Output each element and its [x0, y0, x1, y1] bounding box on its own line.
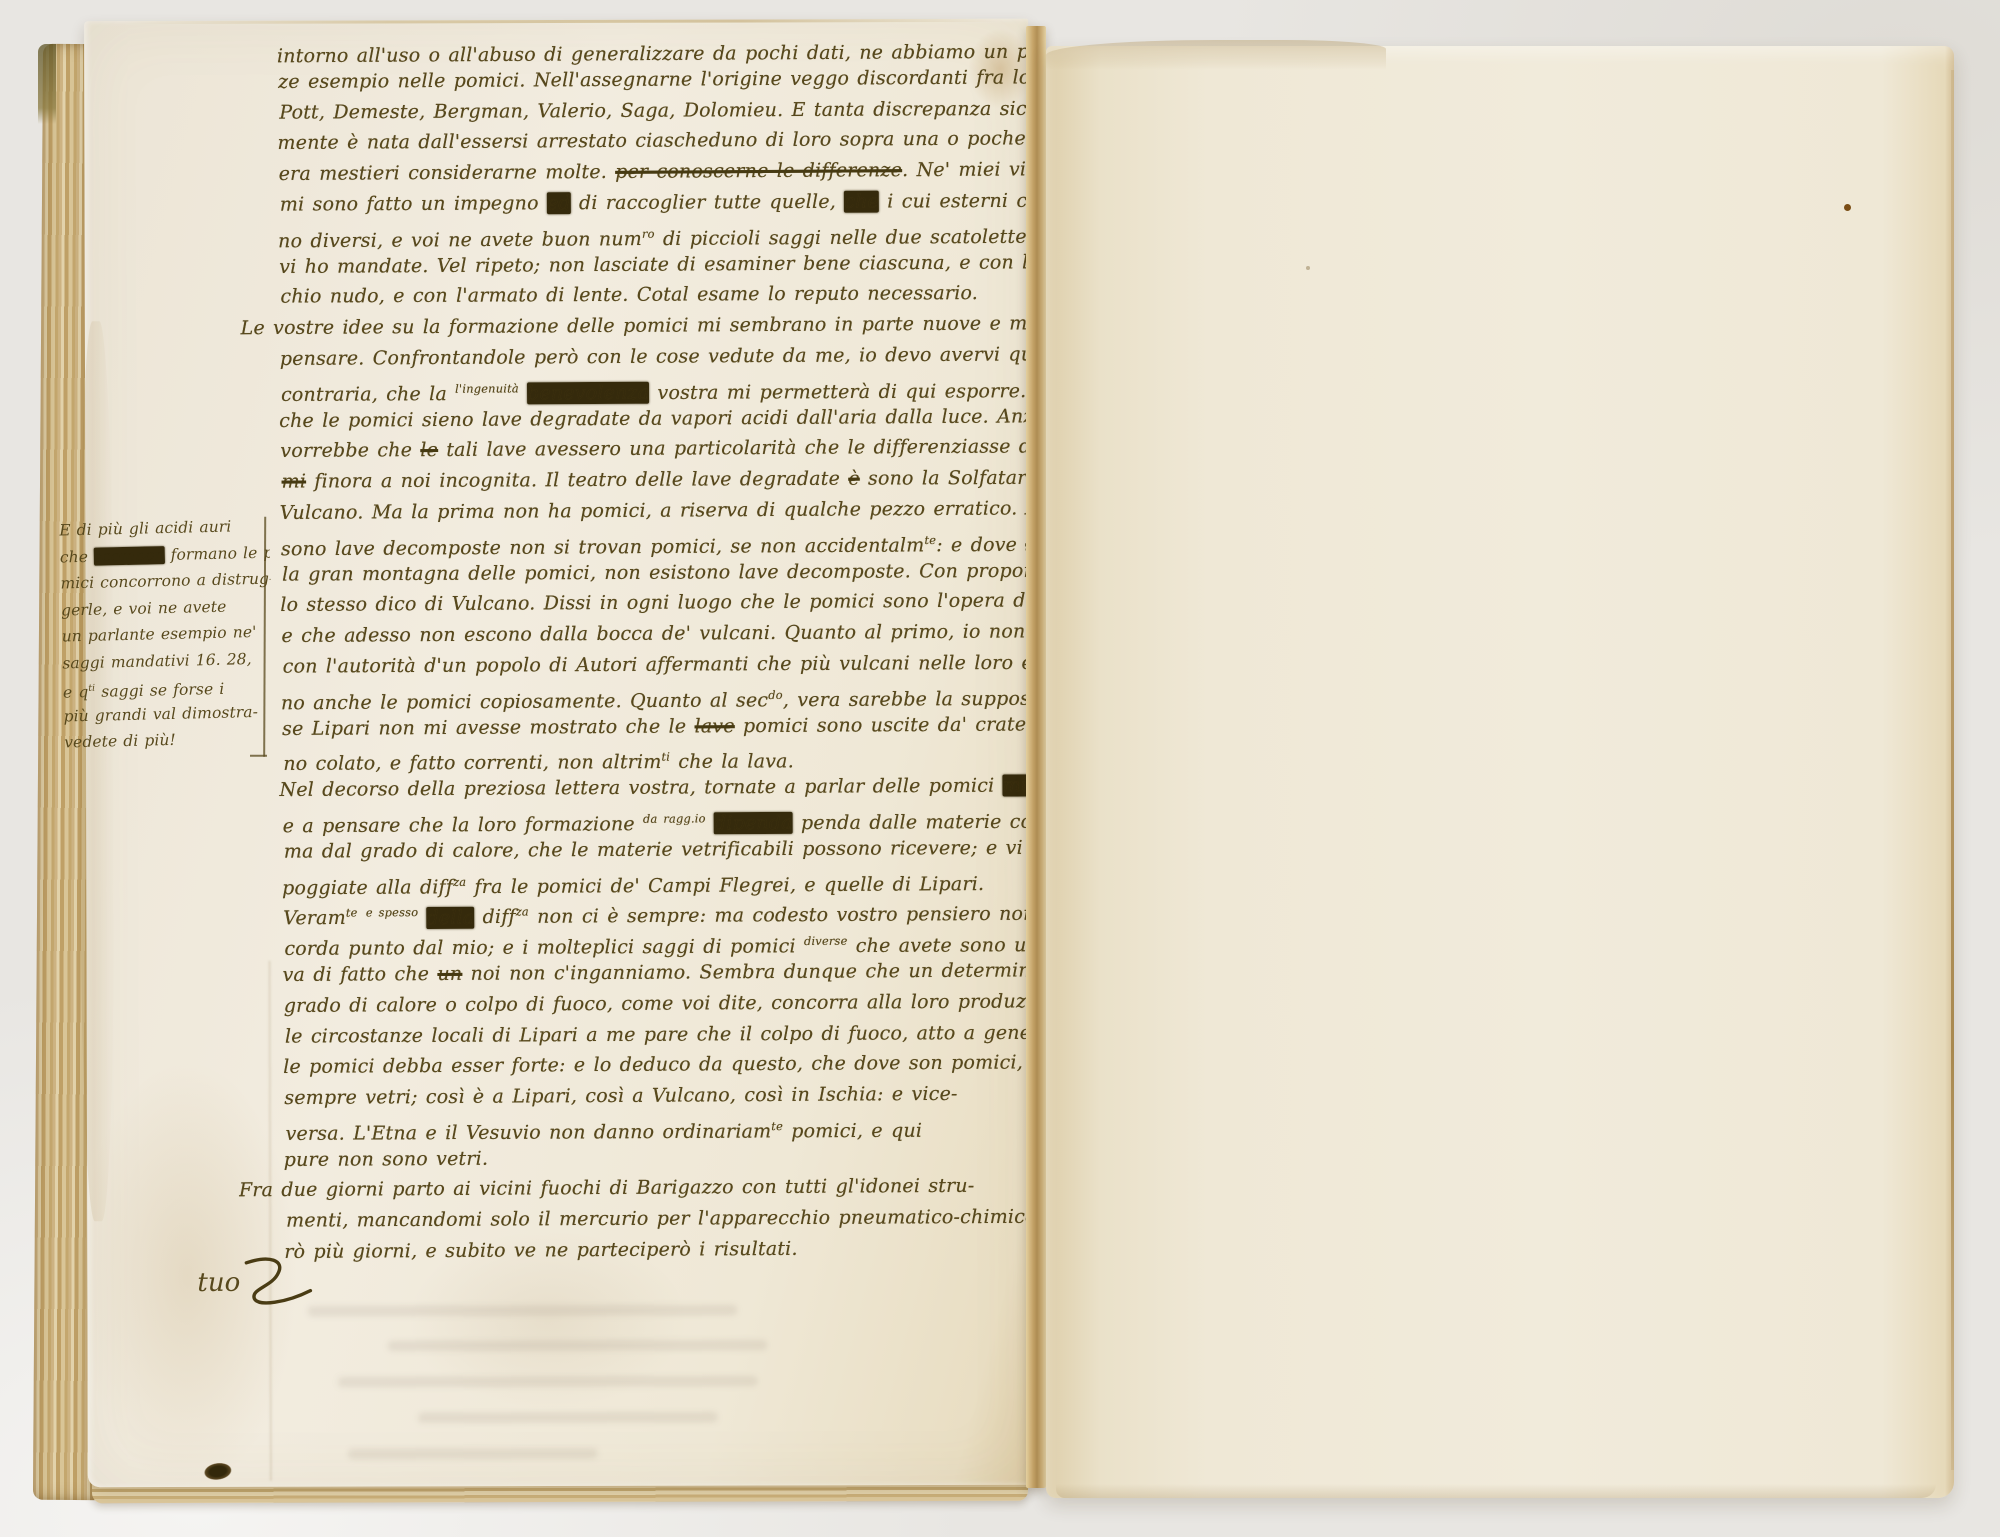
manuscript-line: contraria, che la l'ingenuità benevolenz… — [235, 371, 1031, 406]
handwritten-text: poggiate alla diff — [282, 876, 453, 899]
handwritten-text: pomici sono uscite da' crateri, ed han- — [735, 712, 1036, 736]
handwritten-text: , vera sarebbe la supposizione vostra — [783, 687, 1036, 711]
superscript-text: e spesso — [366, 905, 418, 919]
manuscript-line: Pott, Demeste, Bergman, Valerio, Saga, D… — [233, 93, 1029, 128]
handwritten-text: le pomici debba esser forte: e lo deduco… — [283, 1051, 1036, 1078]
manuscript-line: Fra due giorni parto ai vicini fuochi di… — [239, 1171, 1035, 1207]
show-through-text — [388, 1339, 768, 1351]
manuscript-line: intorno all'uso o all'abuso di generaliz… — [232, 31, 1027, 67]
signature-flourish: tuo — [197, 1253, 314, 1309]
manuscript-line: vorrebbe che le tali lave avessero una p… — [234, 432, 1030, 468]
ink-speck — [1844, 204, 1851, 211]
handwritten-text: grado di calore o colpo di fuoco, come v… — [284, 990, 1036, 1017]
manuscript-line: menti, mancandomi solo il mercurio per l… — [240, 1202, 1036, 1237]
margin-note-rule-tick — [250, 755, 267, 757]
manuscript-line: le pomici debba esser forte: e lo deduco… — [237, 1048, 1033, 1084]
manuscript-line: mente è nata dall'essersi arrestato cias… — [232, 124, 1028, 160]
show-through-text — [418, 1412, 718, 1424]
manuscript-line: lo stesso dico di Vulcano. Dissi in ogni… — [234, 586, 1030, 622]
handwritten-text: menti, mancandomi solo il mercurio per l… — [286, 1206, 1036, 1232]
margin-note-line: mici concorrono a distrug- — [60, 566, 271, 597]
handwritten-text: Pott, Demeste, Bergman, Valerio, Saga, D… — [279, 97, 1036, 123]
handwritten-text: pensare. Confrontandole però con le cose… — [280, 342, 1036, 370]
photo-backdrop: { "colors": { "ink": "#57481c", "ink_blo… — [0, 0, 2000, 1537]
manuscript-line: poggiate alla diffza fra le pomici de' C… — [236, 863, 1032, 899]
handwritten-text: vorrebbe che — [280, 439, 420, 462]
manuscript-line: Vulcano. Ma la prima non ha pomici, a ri… — [234, 493, 1030, 529]
handwritten-text: sono la Solfatara, Lipari, e — [860, 466, 1036, 489]
superscript-text: diverse — [804, 934, 848, 948]
manuscript-line: corda punto dal mio; e i molteplici sagg… — [238, 925, 1034, 960]
flourish-text: tuo — [197, 1268, 240, 1298]
blotted-text: scompon — [94, 546, 165, 566]
handwritten-text: saggi mandativi 16. 28, — [62, 650, 252, 672]
handwritten-text: vedete di più! — [64, 731, 176, 752]
handwritten-text: vostra mi permetterà di qui esporre. Da … — [649, 379, 1036, 404]
handwritten-text: le circostanze locali di Lipari a me par… — [285, 1021, 1036, 1047]
superscript-text: za — [453, 874, 466, 888]
handwritten-text: chio nudo, e con l'armato di lente. Cota… — [280, 282, 978, 308]
blotted-text: ed — [547, 192, 571, 214]
manuscript-line: che le pomici sieno lave degradate da va… — [233, 401, 1029, 437]
page-stack-dark-corner — [38, 44, 56, 124]
superscript-text: da ragg.io — [643, 811, 706, 825]
superscript-text: ro — [642, 226, 655, 240]
manuscript-line: rò più giorni, e subito ve ne parteciper… — [238, 1232, 1034, 1268]
manuscript-line: e a pensare che la loro formazione da ra… — [237, 801, 1033, 837]
superscript-text: za — [516, 905, 529, 919]
superscript-text: te — [924, 533, 936, 547]
manuscript-line: no anche le pomici copiosamente. Quanto … — [235, 678, 1031, 714]
handwritten-text: Veram — [283, 907, 346, 929]
handwritten-text: era mestieri considerarne molte. — [279, 161, 616, 185]
show-through-text — [338, 1375, 758, 1387]
struck-text: è — [848, 468, 860, 490]
handwritten-text: lo stesso dico di Vulcano. Dissi in ogni… — [280, 589, 1036, 616]
page-top-curl — [1046, 40, 1386, 70]
manuscript-line: ma dal grado di calore, che le materie v… — [238, 832, 1034, 867]
manuscript-line: vi ho mandate. Vel ripeto; non lasciate … — [233, 247, 1029, 283]
handwritten-text: tali lave avessero una particolarità che… — [438, 435, 1036, 461]
handwritten-text: noi non c'inganniamo. Sembra dunque che … — [462, 959, 1036, 985]
page-bottom-edge-shadow — [1056, 1484, 1936, 1498]
manuscript-line: grado di calore o colpo di fuoco, come v… — [238, 986, 1034, 1022]
manuscript-line: sempre vetri; così è a Lipari, così a Vu… — [238, 1078, 1034, 1114]
handwritten-text: i cui esterni caratteri so- — [879, 189, 1036, 212]
handwritten-text: Nel decorso della preziosa lettera vostr… — [279, 775, 1002, 801]
handwritten-text: gerle, e voi ne avete — [61, 597, 227, 619]
handwritten-text: contraria, che la — [281, 383, 455, 406]
superscript-text: ti — [661, 750, 670, 764]
handwritten-text: Vulcano. Ma la prima non ha pomici, a ri… — [280, 497, 1036, 524]
handwritten-text: se Lipari non mi avesse mostrato che le — [282, 715, 695, 740]
manuscript-line: pensare. Confrontandole però con le cose… — [234, 339, 1030, 375]
handwritten-text: va di fatto che — [283, 963, 438, 986]
manuscript-line: versa. L'Etna e il Vesuvio non danno ord… — [239, 1110, 1035, 1145]
handwritten-text: E di più gli acidi auri — [59, 517, 232, 539]
manuscript-line: ze esempio nelle pomici. Nell'assegnarne… — [232, 62, 1028, 98]
handwritten-text: un parlante esempio ne' — [61, 623, 256, 646]
handwritten-text: Le vostre idee su la formazione delle po… — [241, 312, 1036, 340]
handwritten-text: e a pensare che la loro formazione — [283, 813, 644, 837]
handwritten-text: mente è nata dall'essersi arrestato cias… — [277, 127, 1035, 155]
struck-text: mi — [282, 471, 307, 493]
handwritten-text: rò più giorni, e subito ve ne parteciper… — [284, 1238, 798, 1263]
handwritten-text: la gran montagna delle pomici, non esist… — [282, 559, 1036, 585]
handwritten-text: più grandi val dimostra- — [63, 702, 258, 725]
flourish-mark — [240, 1253, 314, 1309]
manuscript-line: no colato, e fatto correnti, non altrimt… — [237, 740, 1033, 775]
handwritten-text: formano le po- — [164, 543, 274, 564]
blotted-text: dipenda — [714, 812, 793, 834]
manuscript-line: pure non sono vetri. — [238, 1140, 1034, 1176]
handwritten-text: che le pomici sieno lave degradate da va… — [279, 404, 1036, 432]
handwritten-text: ma dal grado di calore, che le materie v… — [284, 836, 1036, 862]
handwritten-text: e q — [63, 683, 89, 702]
right-page — [1046, 46, 1954, 1498]
handwritten-text: e che adesso non escono dalla bocca de' … — [281, 620, 1035, 647]
blotted-text: della — [426, 906, 474, 928]
margin-note: E di più gli acidi auriche scompon forma… — [59, 513, 275, 756]
manuscript-line: e che adesso non escono dalla bocca de' … — [235, 617, 1031, 653]
handwritten-text: che — [60, 547, 95, 566]
superscript-text: do — [768, 688, 783, 702]
letter-text-block: intorno all'uso o all'abuso di generaliz… — [232, 31, 1036, 1336]
paper-fleck — [1306, 266, 1310, 270]
struck-text: per conoscerne le differenze — [615, 159, 902, 183]
handwritten-text: vi ho mandate. Vel ripeto; non lasciate … — [279, 251, 1036, 278]
manuscript-line: la gran montagna delle pomici, non esist… — [236, 555, 1032, 590]
handwritten-text: fra le pomici de' Campi Flegrei, e quell… — [466, 873, 984, 898]
manuscript-line: sono lave decomposte non si trovan pomic… — [235, 524, 1031, 560]
handwritten-text: che la lava. — [670, 751, 794, 774]
handwritten-text: Fra due giorni parto ai vicini fuochi di… — [239, 1175, 975, 1201]
manuscript-line: le circostanze locali di Lipari a me par… — [239, 1017, 1035, 1052]
handwritten-text: finora a noi incognita. Il teatro delle … — [306, 468, 848, 493]
manuscript-line: con l'autorità d'un popolo di Autori aff… — [237, 648, 1033, 683]
handwritten-text: diff — [474, 906, 515, 928]
struck-text: un — [437, 963, 462, 985]
book-gutter — [1026, 26, 1046, 1488]
handwritten-text: mici concorrono a distrug- — [60, 569, 274, 592]
superscript-text: te — [771, 1119, 783, 1133]
ink-blot — [203, 1461, 233, 1482]
manuscript-line: se Lipari non mi avesse mostrato che le … — [236, 709, 1032, 745]
left-page: intorno all'uso o all'abuso di generaliz… — [84, 19, 1032, 1487]
manuscript-line: mi sono fatto un impegno ed di raccoglie… — [234, 186, 1030, 221]
manuscript-line: va di fatto che un noi non c'inganniamo.… — [236, 955, 1032, 991]
handwritten-text: con l'autorità d'un popolo di Autori aff… — [283, 651, 1036, 677]
handwritten-text: pure non sono vetri. — [284, 1147, 489, 1170]
handwritten-text: no colato, e fatto correnti, non altrim — [283, 751, 661, 775]
manuscript-line: chio nudo, e con l'armato di lente. Cota… — [234, 278, 1030, 313]
manuscript-line: Nel decorso della preziosa lettera vostr… — [235, 770, 1031, 806]
handwritten-text: che avete sono una pro- — [847, 934, 1035, 957]
page-right-deckle-edge — [1951, 70, 1954, 1470]
handwritten-text: penda dalle materie componenti — [793, 810, 1036, 834]
manuscript-line: era mestieri considerarne molte. per con… — [233, 155, 1029, 191]
manuscript-line: no diversi, e voi ne avete buon numro di… — [232, 216, 1028, 252]
show-through-text — [348, 1448, 598, 1460]
blotted-text: benevolenza — [527, 382, 649, 405]
handwritten-text: pomici, e qui — [783, 1120, 922, 1143]
handwritten-text — [358, 907, 366, 929]
handwritten-text: di raccoglier tutte quelle, — [571, 191, 845, 214]
manuscript-line: mi finora a noi incognita. Il teatro del… — [236, 463, 1032, 498]
manuscript-line: Veramte e spesso della diffza non ci è s… — [237, 894, 1033, 930]
handwritten-text: saggi se forse i — [95, 680, 224, 701]
handwritten-text: di piccioli saggi nelle due scatolette c… — [655, 225, 1036, 250]
struck-text: le — [420, 439, 438, 461]
handwritten-text — [519, 382, 527, 404]
handwritten-text: no anche le pomici copiosamente. Quanto … — [281, 689, 768, 714]
manuscript-line: Le vostre idee su la formazione delle po… — [233, 309, 1029, 345]
handwritten-text: . Ne' miei viaggi — [902, 158, 1036, 181]
handwritten-text: intorno all'uso o all'abuso di generaliz… — [277, 40, 1036, 67]
superscript-text: l'ingenuità — [455, 381, 519, 395]
blotted-text: che — [844, 191, 879, 213]
margin-note-line: più grandi val dimostra- — [63, 698, 274, 729]
handwritten-text: no diversi, e voi ne avete buon num — [278, 228, 642, 252]
handwritten-text: sempre vetri; così è a Lipari, così a Vu… — [284, 1083, 957, 1109]
handwritten-text: : e dove — [936, 533, 1025, 556]
margin-note-line: saggi mandativi 16. 28, — [62, 645, 273, 676]
handwritten-text: ze esempio nelle pomici. Nell'assegnarne… — [278, 66, 1036, 93]
margin-note-line: vedete di più! — [64, 725, 275, 756]
page-top-edge — [124, 19, 1004, 24]
struck-text: lave — [694, 715, 734, 737]
superscript-text: te — [346, 906, 358, 920]
handwritten-text: mi sono fatto un impegno — [280, 192, 547, 215]
